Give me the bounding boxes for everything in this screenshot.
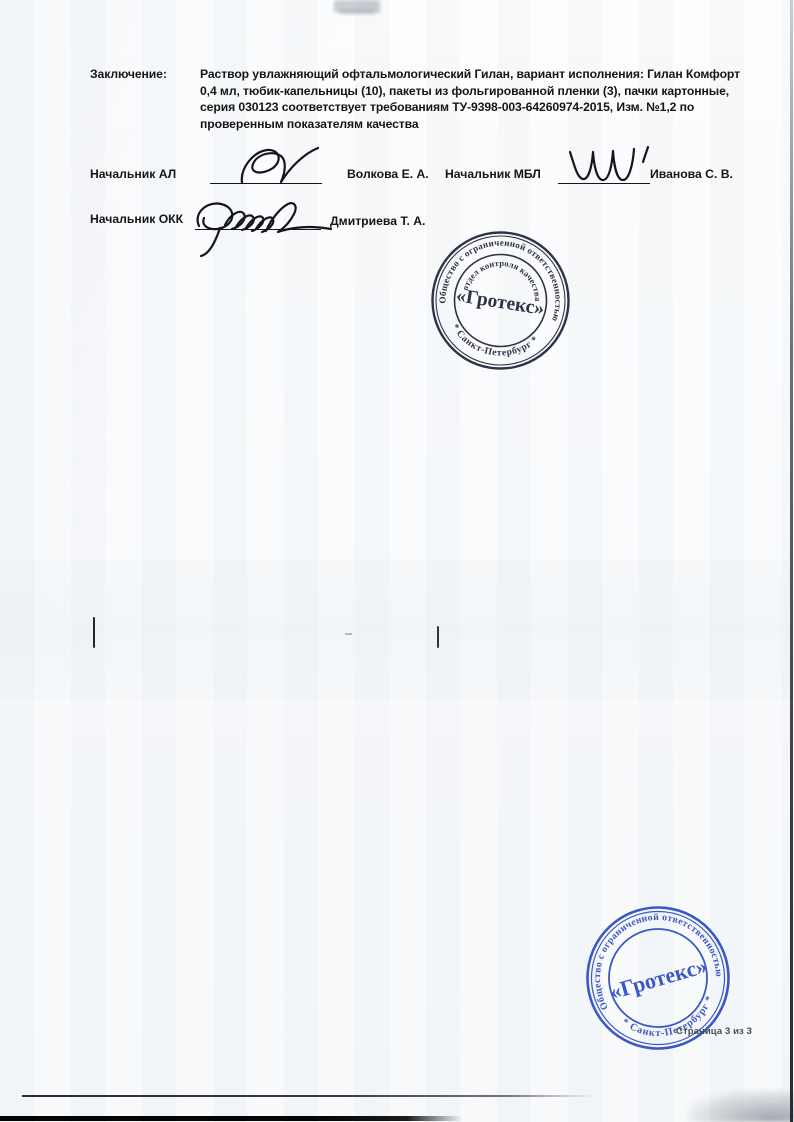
signature-dmitrieva [183,196,343,260]
scanned-document-page: Заключение: Раствор увлажняющий офтальмо… [0,0,794,1122]
scan-smudge-top-2 [340,9,374,15]
signatory-role-mbl: Начальник МБЛ [445,167,541,181]
stamp2-company-name: «Гротекс» [607,953,710,1005]
scan-smudge-top [334,0,380,13]
scan-tick-mark-left [93,617,95,648]
signature-ivanova [558,138,658,188]
stamp-quality-control: Общество с ограниченной ответственностью… [428,228,573,373]
scan-dash-mark [345,633,352,635]
scan-smudge-bottom-right [688,1090,794,1122]
scan-edge-right [790,0,793,1122]
conclusion-block: Заключение: Раствор увлажняющий офтальмо… [90,66,752,132]
scan-tick-mark-center [437,626,439,648]
scan-line-bottom [22,1095,594,1097]
signatory-name-volkova: Волкова Е. А. [347,167,429,181]
signatory-role-al: Начальник АЛ [90,167,176,181]
signatory-role-okk: Начальник ОКК [90,212,183,226]
scan-black-strip-bottom [0,1116,462,1121]
signatory-name-dmitrieva: Дмитриева Т. А. [330,214,425,228]
signature-volkova [212,140,342,190]
conclusion-text: Раствор увлажняющий офтальмологический Г… [200,66,752,132]
page-number: Страница 3 из 3 [676,1026,752,1037]
signatory-name-ivanova: Иванова С. В. [650,167,733,181]
scan-haze-middle [0,560,794,700]
conclusion-label: Заключение: [90,66,200,83]
